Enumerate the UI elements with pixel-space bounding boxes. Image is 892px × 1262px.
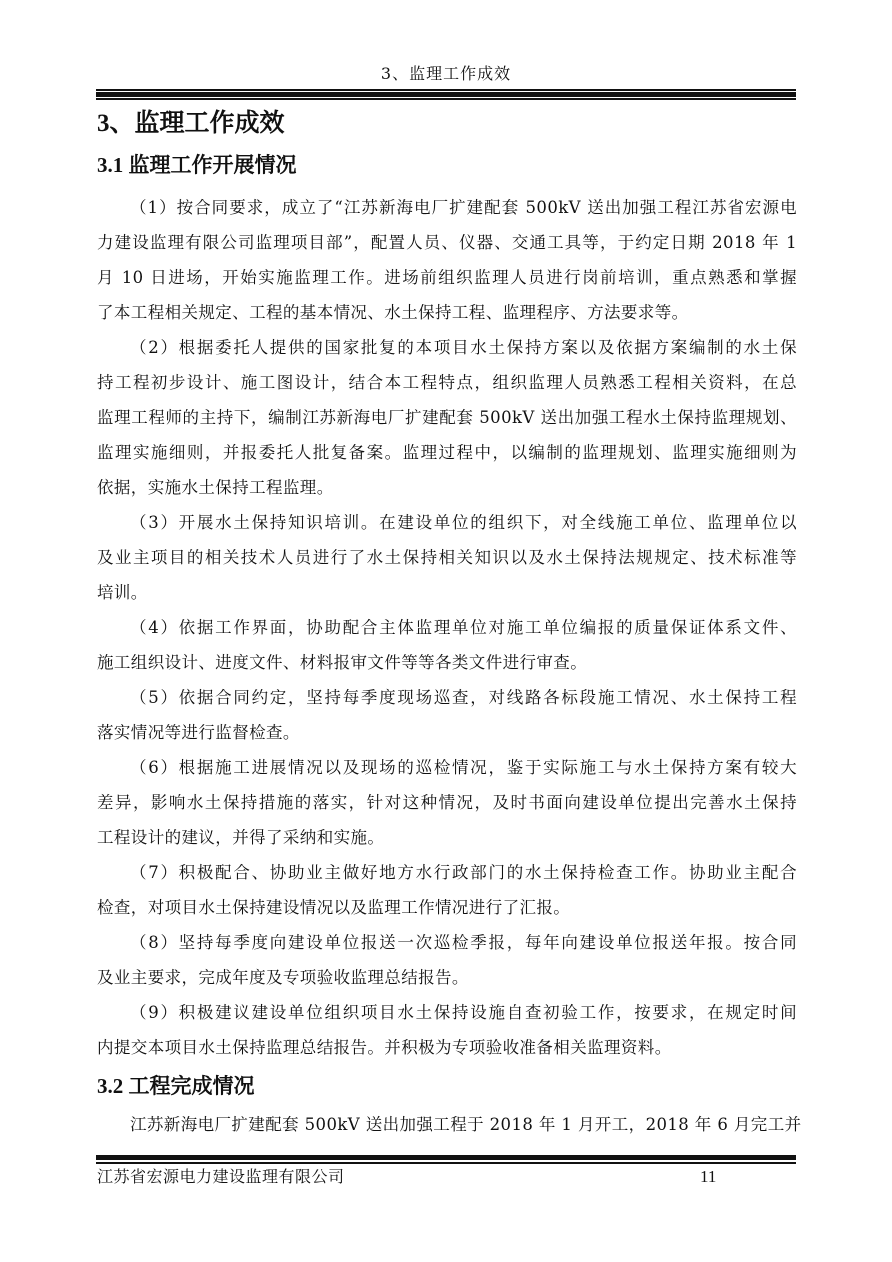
text-line: （7）积极配合、协助业主做好地方水行政部门的水土保持检查工作。协助业主配合 [97,855,797,890]
text-line: 力建设监理有限公司监理项目部”，配置人员、仪器、交通工具等，于约定日期 2018… [97,225,797,260]
header-rule-thin-top [96,89,796,91]
footer-rule-thin [96,1162,796,1164]
text-line: 江苏新海电厂扩建配套 500kV 送出加强工程于 2018 年 1 月开工，20… [97,1107,797,1142]
text-line: 监理工程师的主持下，编制江苏新海电厂扩建配套 500kV 送出加强工程水土保持监… [97,400,797,435]
paragraph-1: （1）按合同要求，成立了“江苏新海电厂扩建配套 500kV 送出加强工程江苏省宏… [97,190,797,330]
paragraph-6: （6）根据施工进展情况以及现场的巡检情况，鉴于实际施工与水土保持方案有较大 差异… [97,750,797,855]
subsection-title-3-1: 3.1 监理工作开展情况 [97,148,797,190]
text-line: 培训。 [97,575,797,610]
paragraph-3: （3）开展水土保持知识培训。在建设单位的组织下，对全线施工单位、监理单位以 及业… [97,505,797,610]
text-line: （8）坚持每季度向建设单位报送一次巡检季报，每年向建设单位报送年报。按合同 [97,925,797,960]
text-line: 持工程初步设计、施工图设计，结合本工程特点，组织监理人员熟悉工程相关资料，在总 [97,365,797,400]
paragraph-5: （5）依据合同约定，坚持每季度现场巡查，对线路各标段施工情况、水土保持工程 落实… [97,680,797,750]
text-line: （1）按合同要求，成立了“江苏新海电厂扩建配套 500kV 送出加强工程江苏省宏… [97,190,797,225]
text-line: （2）根据委托人提供的国家批复的本项目水土保持方案以及依据方案编制的水土保 [97,330,797,365]
text-line: （6）根据施工进展情况以及现场的巡检情况，鉴于实际施工与水土保持方案有较大 [97,750,797,785]
text-line: 及业主项目的相关技术人员进行了水土保持相关知识以及水土保持法规规定、技术标准等 [97,540,797,575]
text-line: 监理实施细则，并报委托人批复备案。监理过程中，以编制的监理规划、监理实施细则为 [97,435,797,470]
page-content: 3、监理工作成效 3.1 监理工作开展情况 （1）按合同要求，成立了“江苏新海电… [97,106,797,1142]
paragraph-9: （9）积极建议建设单位组织项目水土保持设施自查初验工作，按要求，在规定时间 内提… [97,995,797,1065]
text-line: 了本工程相关规定、工程的基本情况、水土保持工程、监理程序、方法要求等。 [97,295,797,330]
text-line: （9）积极建议建设单位组织项目水土保持设施自查初验工作，按要求，在规定时间 [97,995,797,1030]
header-rule-thin-bottom [96,98,796,100]
footer-rule-thick [96,1155,796,1160]
text-line: 落实情况等进行监督检查。 [97,715,797,750]
footer-rule [96,1155,796,1165]
text-line: （4）依据工作界面，协助配合主体监理单位对施工单位编报的质量保证体系文件、 [97,610,797,645]
header-rule-thick [96,92,796,97]
paragraph-8: （8）坚持每季度向建设单位报送一次巡检季报，每年向建设单位报送年报。按合同 及业… [97,925,797,995]
text-line: 检查，对项目水土保持建设情况以及监理工作情况进行了汇报。 [97,890,797,925]
paragraph-4: （4）依据工作界面，协助配合主体监理单位对施工单位编报的质量保证体系文件、 施工… [97,610,797,680]
text-line: 施工组织设计、进度文件、材料报审文件等等各类文件进行审查。 [97,645,797,680]
running-header: 3、监理工作成效 [96,64,796,84]
text-line: 差异，影响水土保持措施的落实，针对这种情况，及时书面向建设单位提出完善水土保持 [97,785,797,820]
text-line: 及业主要求，完成年度及专项验收监理总结报告。 [97,960,797,995]
text-line: 依据，实施水土保持工程监理。 [97,470,797,505]
page-number: 11 [700,1166,716,1188]
text-line: （3）开展水土保持知识培训。在建设单位的组织下，对全线施工单位、监理单位以 [97,505,797,540]
paragraph-completion: 江苏新海电厂扩建配套 500kV 送出加强工程于 2018 年 1 月开工，20… [97,1107,797,1142]
paragraph-7: （7）积极配合、协助业主做好地方水行政部门的水土保持检查工作。协助业主配合 检查… [97,855,797,925]
footer-company-name: 江苏省宏源电力建设监理有限公司 [97,1166,345,1188]
header-rule [96,89,796,100]
subsection-title-3-2: 3.2 工程完成情况 [97,1069,797,1107]
paragraph-2: （2）根据委托人提供的国家批复的本项目水土保持方案以及依据方案编制的水土保 持工… [97,330,797,505]
text-line: 工程设计的建议，并得了采纳和实施。 [97,820,797,855]
text-line: 内提交本项目水土保持监理总结报告。并积极为专项验收准备相关监理资料。 [97,1030,797,1065]
document-page: 3、监理工作成效 3、监理工作成效 3.1 监理工作开展情况 （1）按合同要求，… [0,0,892,1262]
text-line: 月 10 日进场，开始实施监理工作。进场前组织监理人员进行岗前培训，重点熟悉和掌… [97,260,797,295]
text-line: （5）依据合同约定，坚持每季度现场巡查，对线路各标段施工情况、水土保持工程 [97,680,797,715]
section-title: 3、监理工作成效 [97,106,797,144]
